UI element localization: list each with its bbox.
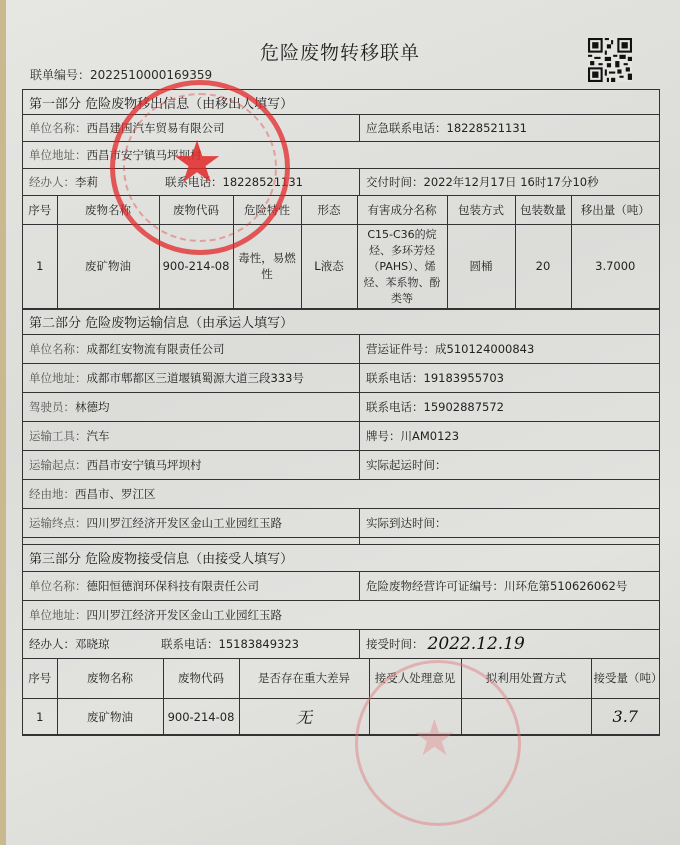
part1-header-cell-6: 包装方式 (447, 196, 515, 224)
part1-handover-time-label: 交付时间： (366, 174, 424, 190)
part3-address-label: 单位地址： (29, 607, 87, 623)
part1-unit-row: 单位名称：西昌建国汽车贸易有限公司 应急联系电话：18228521131 (23, 115, 659, 142)
part3-receive-time-value: 2022.12.19 (428, 634, 525, 654)
part3-handler: 经办人：邓晓琼 联系电话：15183849323 (23, 630, 359, 658)
part2-driver-phone-value: 15902887572 (424, 400, 504, 414)
part1-cell-2: 900-214-08 (159, 224, 233, 308)
part3-waste-table-row: 序号废物名称废物代码是否存在重大差异接受人处理意见拟利用处置方式接受量（吨） 1… (23, 659, 659, 737)
part2-arrival-label: 实际到达时间： (366, 515, 447, 531)
part1-header-cell-8: 移出量（吨） (571, 196, 659, 224)
part1-unit-name-value: 西昌建国汽车贸易有限公司 (87, 120, 225, 136)
part1-header-cell-3: 危险特性 (233, 196, 301, 224)
part1-emergency-phone: 应急联系电话：18228521131 (359, 115, 659, 141)
document-title: 危险废物转移联单 (0, 38, 680, 65)
part3-cell-1: 废矿物油 (57, 699, 163, 735)
part2-vehicle-value: 汽车 (87, 428, 110, 444)
part3-address-value: 四川罗江经济开发区金山工业园红玉路 (87, 607, 283, 623)
spacer-right (359, 538, 659, 544)
part3-cell-4 (369, 699, 461, 735)
part3-header-cell-6: 接受量（吨） (591, 659, 659, 699)
part2-heading: 第二部分 危险废物运输信息（由承运人填写） (23, 310, 659, 334)
part1-heading: 第一部分 危险废物移出信息（由移出人填写） (23, 90, 659, 114)
part2-origin: 运输起点：西昌市安宁镇马坪坝村 (23, 451, 359, 479)
part1-cell-0: 1 (23, 224, 57, 308)
part2-via-row: 经由地：西昌市、罗江区 (23, 480, 659, 509)
part2-vehicle-label: 运输工具： (29, 428, 87, 444)
part3-header-cell-4: 接受人处理意见 (369, 659, 461, 699)
part3-unit-name-label: 单位名称： (29, 578, 87, 594)
qr-code-icon (588, 38, 632, 82)
part2-heading-row: 第二部分 危险废物运输信息（由承运人填写） (23, 310, 659, 335)
part2-plate-label: 牌号： (366, 428, 401, 444)
part2-address-row: 单位地址：成都市郫都区三道堰镇蜀源大道三段333号 联系电话：191839557… (23, 364, 659, 393)
part1-handover-time-value: 2022年12月17日 16时17分10秒 (424, 174, 599, 190)
part3-permit: 危险废物经营许可证编号：川环危第510626062号 (359, 572, 659, 600)
part2-plate-value: 川AM0123 (401, 428, 460, 444)
part3-phone-label: 联系电话： (161, 636, 219, 652)
part1-handler-label: 经办人： (29, 174, 75, 190)
part3-header-cell-3: 是否存在重大差异 (239, 659, 369, 699)
part2-driver-value: 林德均 (75, 399, 110, 415)
part1-unit-name: 单位名称：西昌建国汽车贸易有限公司 (23, 115, 359, 141)
part3-cell-6: 3.7 (591, 699, 659, 735)
part1-handler: 经办人：李莉 联系电话：18228521131 (23, 169, 359, 195)
part2-driver-phone-label: 联系电话： (366, 399, 424, 415)
part1-handover-time: 交付时间：2022年12月17日 16时17分10秒 (359, 169, 659, 195)
part1-cell-5: C15-C36的烷烃、多环芳烃（PAHS）、烯烃、苯系物、酚类等 (357, 224, 447, 308)
part2-plate: 牌号：川AM0123 (359, 422, 659, 450)
part3-handler-label: 经办人： (29, 636, 75, 652)
part2-unit-name-label: 单位名称： (29, 341, 87, 357)
part3-permit-label: 危险废物经营许可证编号： (366, 578, 504, 594)
part1-heading-row: 第一部分 危险废物移出信息（由移出人填写） (23, 90, 659, 115)
part3-header-cell-1: 废物名称 (57, 659, 163, 699)
part1-handler-row: 经办人：李莉 联系电话：18228521131 交付时间：2022年12月17日… (23, 169, 659, 196)
part1-header-cell-2: 废物代码 (159, 196, 233, 224)
serial-number: 联单编号：2022510000169359 (30, 66, 212, 83)
part2-unit-name-value: 成都红安物流有限责任公司 (87, 341, 225, 357)
part1-header-cell-1: 废物名称 (57, 196, 159, 224)
part2-spacer-row (23, 538, 659, 545)
part2-unit-name: 单位名称：成都红安物流有限责任公司 (23, 335, 359, 363)
part2-vehicle-row: 运输工具：汽车 牌号：川AM0123 (23, 422, 659, 451)
part3-cell-5 (461, 699, 591, 735)
part2-license-label: 营运证件号： (366, 341, 435, 357)
part3-handler-row: 经办人：邓晓琼 联系电话：15183849323 接受时间：2022.12.19 (23, 630, 659, 659)
part2-via-value: 西昌市、罗江区 (75, 486, 156, 502)
part1-emergency-phone-label: 应急联系电话： (366, 120, 447, 136)
part2-driver-row: 驾驶员：林德均 联系电话：15902887572 (23, 393, 659, 422)
manifest-form: 第一部分 危险废物移出信息（由移出人填写） 单位名称：西昌建国汽车贸易有限公司 … (22, 89, 660, 736)
part1-handler-value: 李莉 (75, 174, 165, 190)
part3-header-cell-0: 序号 (23, 659, 57, 699)
part1-header-cell-7: 包装数量 (515, 196, 571, 224)
part2-phone-label: 联系电话： (366, 370, 424, 386)
paper-edge (0, 0, 6, 845)
part3-heading: 第三部分 危险废物接受信息（由接受人填写） (23, 545, 659, 571)
part3-cell-3: 无 (239, 699, 369, 735)
part2-address-value: 成都市郫都区三道堰镇蜀源大道三段333号 (87, 370, 304, 386)
part2-address: 单位地址：成都市郫都区三道堰镇蜀源大道三段333号 (23, 364, 359, 392)
part3-receive-time: 接受时间：2022.12.19 (359, 630, 659, 658)
part2-destination-row: 运输终点：四川罗江经济开发区金山工业园红玉路 实际到达时间： (23, 509, 659, 538)
part1-address-label: 单位地址： (29, 147, 87, 163)
part2-vehicle: 运输工具：汽车 (23, 422, 359, 450)
part3-cell-0: 1 (23, 699, 57, 735)
part2-destination: 运输终点：四川罗江经济开发区金山工业园红玉路 (23, 509, 359, 537)
part3-address: 单位地址：四川罗江经济开发区金山工业园红玉路 (23, 601, 659, 629)
part1-address: 单位地址：西昌市安宁镇马坪坝村 (23, 142, 659, 168)
serial-label: 联单编号： (30, 68, 90, 82)
part3-unit-row: 单位名称：德阳恒德润环保科技有限责任公司 危险废物经营许可证编号：川环危第510… (23, 572, 659, 601)
part1-cell-8: 3.7000 (571, 224, 659, 308)
part1-address-row: 单位地址：西昌市安宁镇马坪坝村 (23, 142, 659, 169)
part1-unit-name-label: 单位名称： (29, 120, 87, 136)
part3-header-cell-5: 拟利用处置方式 (461, 659, 591, 699)
part2-departure: 实际起运时间： (359, 451, 659, 479)
part2-origin-label: 运输起点： (29, 457, 87, 473)
part2-departure-label: 实际起运时间： (366, 457, 447, 473)
part3-table-header: 序号废物名称废物代码是否存在重大差异接受人处理意见拟利用处置方式接受量（吨） (23, 659, 659, 699)
part2-via: 经由地：西昌市、罗江区 (23, 480, 659, 508)
part1-header-cell-5: 有害成分名称 (357, 196, 447, 224)
part2-license-value: 成510124000843 (435, 341, 534, 357)
table-row: 1废矿物油900-214-08毒性，易燃性L液态C15-C36的烷烃、多环芳烃（… (23, 224, 659, 308)
part2-phone-value: 19183955703 (424, 371, 504, 385)
part3-waste-table: 序号废物名称废物代码是否存在重大差异接受人处理意见拟利用处置方式接受量（吨） 1… (23, 659, 659, 736)
part1-cell-3: 毒性，易燃性 (233, 224, 301, 308)
part3-handler-value: 邓晓琼 (75, 636, 161, 652)
part1-cell-6: 圆桶 (447, 224, 515, 308)
part1-cell-7: 20 (515, 224, 571, 308)
part2-arrival: 实际到达时间： (359, 509, 659, 537)
part2-origin-row: 运输起点：西昌市安宁镇马坪坝村 实际起运时间： (23, 451, 659, 480)
part2-phone: 联系电话：19183955703 (359, 364, 659, 392)
part1-emergency-phone-value: 18228521131 (447, 121, 527, 135)
part2-license: 营运证件号：成510124000843 (359, 335, 659, 363)
part1-waste-table: 序号废物名称废物代码危险特性形态有害成分名称包装方式包装数量移出量（吨） 1废矿… (23, 196, 659, 309)
part3-unit-name-value: 德阳恒德润环保科技有限责任公司 (87, 578, 260, 594)
spacer-left (23, 538, 359, 544)
part1-cell-1: 废矿物油 (57, 224, 159, 308)
part3-cell-2: 900-214-08 (163, 699, 239, 735)
part1-phone-value: 18228521131 (223, 175, 303, 189)
table-row: 1废矿物油900-214-08无3.7 (23, 699, 659, 735)
part3-unit-name: 单位名称：德阳恒德润环保科技有限责任公司 (23, 572, 359, 600)
part2-via-label: 经由地： (29, 486, 75, 502)
part3-header-cell-2: 废物代码 (163, 659, 239, 699)
part2-destination-value: 四川罗江经济开发区金山工业园红玉路 (87, 515, 283, 531)
part2-unit-row: 单位名称：成都红安物流有限责任公司 营运证件号：成510124000843 (23, 335, 659, 364)
part1-header-cell-0: 序号 (23, 196, 57, 224)
part3-phone-value: 15183849323 (219, 637, 299, 651)
part1-waste-table-row: 序号废物名称废物代码危险特性形态有害成分名称包装方式包装数量移出量（吨） 1废矿… (23, 196, 659, 310)
part2-address-label: 单位地址： (29, 370, 87, 386)
part1-header-cell-4: 形态 (301, 196, 357, 224)
part3-permit-value: 川环危第510626062号 (504, 578, 627, 594)
part1-cell-4: L液态 (301, 224, 357, 308)
part2-driver-phone: 联系电话：15902887572 (359, 393, 659, 421)
part1-table-header: 序号废物名称废物代码危险特性形态有害成分名称包装方式包装数量移出量（吨） (23, 196, 659, 224)
serial-value: 2022510000169359 (90, 68, 212, 82)
part3-address-row: 单位地址：四川罗江经济开发区金山工业园红玉路 (23, 601, 659, 630)
part3-heading-row: 第三部分 危险废物接受信息（由接受人填写） (23, 545, 659, 572)
part2-origin-value: 西昌市安宁镇马坪坝村 (87, 457, 202, 473)
part2-driver-label: 驾驶员： (29, 399, 75, 415)
part2-driver: 驾驶员：林德均 (23, 393, 359, 421)
part1-phone-label: 联系电话： (165, 174, 223, 190)
part1-address-value: 西昌市安宁镇马坪坝村 (87, 147, 202, 163)
part2-destination-label: 运输终点： (29, 515, 87, 531)
part3-receive-time-label: 接受时间： (366, 636, 424, 652)
